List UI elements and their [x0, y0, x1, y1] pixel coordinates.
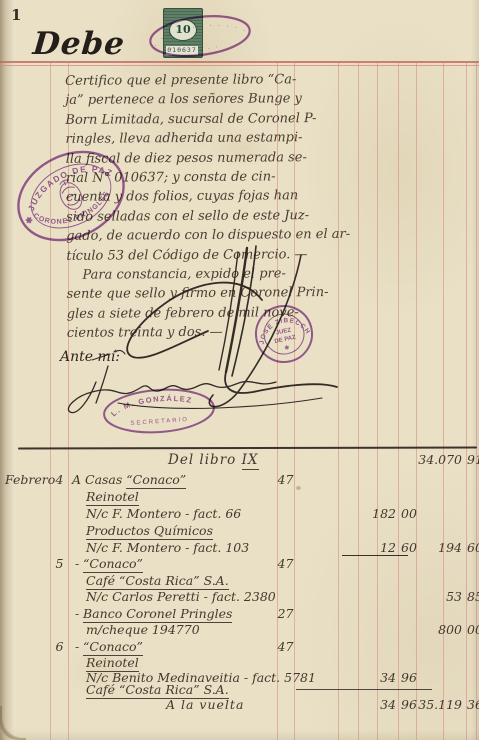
- secretario-stamp-title: SECRETARIO: [130, 417, 189, 427]
- ledger-row: 5 - “Conaco” 47: [0, 556, 479, 573]
- ledger-footer-row: A la vuelta 34 96 35.119 36: [0, 697, 479, 714]
- ledger-row: N/c F. Montero - fact. 103 12 60 194 60: [0, 540, 479, 557]
- certificate-line: Born Limitada, sucursal de Coronel P-: [65, 109, 307, 130]
- entry-text: Reinotel: [86, 489, 139, 504]
- certificate-line: ja” pertenece a los señores Bunge y: [65, 90, 307, 111]
- entry-amount: 194: [412, 540, 462, 555]
- overlay-oval-stamp: · · · · · · · · · · · · · · · · · · · · …: [146, 12, 254, 60]
- entry-amount-cents: 85: [467, 589, 479, 604]
- entry-subamount: 12: [334, 540, 396, 555]
- ledger-row: N/c Carlos Peretti - fact. 2380 53 85: [0, 589, 479, 606]
- paper-stain: [296, 486, 301, 490]
- entry-account-name: “Conaco”: [126, 472, 186, 489]
- entry-day: 4: [51, 472, 68, 487]
- entry-month: Febrero: [5, 472, 55, 487]
- entry-folio: 47: [277, 639, 294, 654]
- entry-text: “Conaco”: [83, 556, 143, 571]
- ledger-row: m/cheque 194770 800 00: [0, 622, 479, 639]
- certificate-line: Certifico que el presente libro “Ca-: [65, 70, 307, 91]
- secretario-stamp-name: L. M. GONZÁLEZ: [108, 392, 194, 419]
- entry-amount: 53: [412, 589, 462, 604]
- page-corner-edges: [0, 706, 26, 740]
- entry-account-name: Reinotel: [86, 489, 139, 506]
- entry-folio: 47: [277, 472, 294, 487]
- entry-text: N/c F. Montero - fact. 103: [86, 540, 249, 555]
- entry-dash: -: [75, 606, 79, 621]
- svg-text:L. M. GONZÁLEZ: L. M. GONZÁLEZ: [108, 392, 194, 419]
- ledger-row: N/c F. Montero - fact. 66 182 00: [0, 506, 479, 523]
- entry-amount-cents: 60: [467, 540, 479, 555]
- entry-subamount-cents: 00: [401, 506, 417, 521]
- certificate-line: Para constancia, expido el pre-: [66, 264, 308, 285]
- juzgado-oval-stamp: ✱ JUZGADO DE PAZ ✱ CORONEL PRINGLES: [6, 140, 136, 252]
- entry-text: m/cheque 194770: [86, 622, 200, 637]
- carry-forward-total-cents: 36: [467, 697, 479, 712]
- entry-account-name: Banco Coronel Pringles: [83, 606, 232, 623]
- entry-text: Banco Coronel Pringles: [83, 606, 232, 621]
- entry-day: 5: [51, 556, 68, 571]
- entry-folio: 27: [277, 606, 294, 621]
- entry-dash: -: [75, 556, 79, 571]
- ledger-page: 1 Debe 10 010637 · · · · · · · · · · · ·…: [0, 0, 479, 740]
- entry-amount: 800: [412, 622, 462, 637]
- page-title-debe: Debe: [31, 26, 126, 62]
- juez-round-stamp: JOSÉ ZIBECCHI JUEZ DE PAZ ✱: [252, 302, 316, 366]
- entry-account-name: Productos Químicos: [86, 523, 213, 540]
- juez-stamp-star: ✱: [284, 344, 290, 352]
- ledger-heading-row: Del libro IX 34.070 91: [0, 452, 479, 469]
- entry-text-plain: A Casas: [72, 472, 126, 487]
- ledger-row: Café “Costa Rica” S.A.: [0, 573, 479, 590]
- ledger-row: Febrero 4 A Casas “Conaco” 47: [0, 472, 479, 489]
- totals-rule: [296, 689, 432, 690]
- carry-forward-label: A la vuelta: [166, 697, 244, 712]
- entry-folio: 47: [277, 556, 294, 571]
- carry-forward-total: 35.119: [412, 697, 462, 712]
- opening-balance-cents: 91: [467, 452, 479, 467]
- ledger-row: Reinotel: [0, 489, 479, 506]
- secretario-oval-stamp: L. M. GONZÁLEZ SECRETARIO: [100, 386, 218, 436]
- entry-day: 6: [51, 639, 68, 654]
- entry-text: N/c Carlos Peretti - fact. 2380: [86, 589, 276, 604]
- ante-mi-label: Ante mí:: [60, 349, 120, 365]
- ledger-row: Productos Químicos: [0, 523, 479, 540]
- paper-stain: [208, 128, 278, 168]
- entry-text: Productos Químicos: [86, 523, 213, 538]
- entry-account-name: Café “Costa Rica” S.A.: [86, 573, 229, 590]
- carry-forward-subtotal: 34: [334, 697, 396, 712]
- ledger-row: - Banco Coronel Pringles 27: [0, 606, 479, 623]
- heading-label: Del libro IX: [168, 452, 259, 468]
- heading-book-number: IX: [242, 452, 259, 470]
- heading-pre: Del libro: [168, 452, 242, 468]
- entry-text: Café “Costa Rica” S.A.: [86, 573, 229, 588]
- entry-text: N/c F. Montero - fact. 66: [86, 506, 241, 521]
- entry-amount-cents: 00: [467, 622, 479, 637]
- paper-stain: [60, 640, 150, 700]
- entry-text: A Casas “Conaco”: [72, 472, 186, 487]
- header-rule-thin: [0, 65, 479, 66]
- entry-account-name: “Conaco”: [83, 556, 143, 573]
- table-top-rule: [18, 447, 477, 450]
- opening-balance: 34.070: [412, 452, 462, 467]
- entry-subamount: 182: [334, 506, 396, 521]
- page-number: 1: [11, 6, 21, 24]
